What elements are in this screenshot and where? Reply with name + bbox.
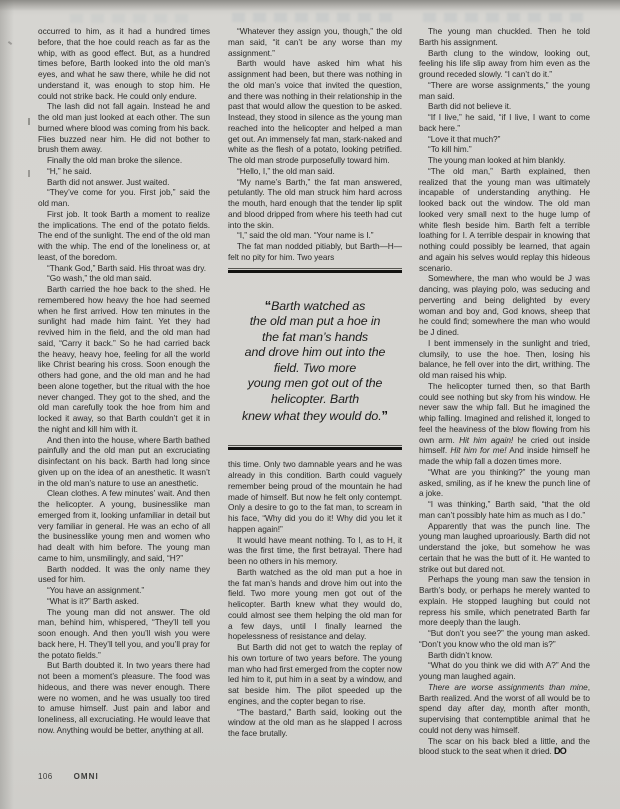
paragraph: Clean clothes. A few minutes’ wait. And … (38, 488, 210, 563)
text-run: Hit him for me! (450, 445, 506, 455)
text-run: First job. It took Barth a moment to rea… (38, 209, 210, 262)
text-run: “There are worse assignments,” the young… (419, 80, 590, 101)
paragraph: Barth did not believe it. (419, 101, 590, 112)
text-run: Perhaps the young man saw the tension in… (419, 574, 590, 627)
text-run: Barth did not answer. Just waited. (47, 177, 169, 187)
paper-speck (28, 170, 30, 177)
paragraph: Barth nodded. It was the only name they … (38, 564, 210, 586)
column-2-upper-text: “Whatever they assign you, though,” the … (228, 26, 402, 263)
text-run: “I was thinking,” Barth said, “that the … (419, 499, 590, 520)
pull-quote-line: “Barth watched as (231, 298, 399, 315)
paragraph: “What do you think we did with A?” And t… (419, 660, 590, 682)
pull-quote-line: helicopter. Barth (231, 392, 399, 408)
paragraph: First job. It took Barth a moment to rea… (38, 209, 210, 263)
paragraph: “Thank God,” Barth said. His throat was … (38, 263, 210, 274)
magazine-page: occurred to him, as it had a hundred tim… (0, 0, 620, 809)
text-run: “Hello, I,” the old man said. (237, 166, 335, 176)
pull-quote-line: knew what they would do.” (231, 408, 399, 425)
text-run: “I,” said the old man. “Your name is I.” (237, 230, 374, 240)
paragraph: Perhaps the young man saw the tension in… (419, 574, 590, 628)
paragraph: “To kill him.” (419, 144, 590, 155)
paragraph: “But don’t you see?” the young man asked… (419, 628, 590, 650)
paragraph: The helicopter turned then, so that Bart… (419, 381, 590, 467)
paragraph: “What is it?” Barth asked. (38, 596, 210, 607)
pull-quote-line: and drove him out into the (231, 345, 399, 361)
paragraph: The fat man nodded pitiably, but Barth—H… (228, 241, 402, 263)
paragraph: “I,” said the old man. “Your name is I.” (228, 230, 402, 241)
pull-quote-line: field. Two more (231, 361, 399, 377)
paragraph: Barth watched as the old man put a hoe i… (228, 567, 402, 642)
text-run: Barth would have asked him what his assi… (228, 58, 402, 165)
pull-quote-line: the old man put a hoe in (231, 314, 399, 330)
text-run: Hit him again! (459, 435, 513, 445)
pull-quote-line: young men got out of the (231, 376, 399, 392)
paragraph: Barth would have asked him what his assi… (228, 58, 402, 166)
text-run: “Thank God,” Barth said. His throat was … (47, 263, 206, 273)
paragraph: It would have meant nothing. To I, as to… (228, 535, 402, 567)
paragraph: Barth clung to the window, looking out, … (419, 48, 590, 80)
text-run: Barth didn’t know. (428, 650, 493, 660)
text-run: “If I live,” he said, “if I live, I want… (419, 112, 590, 133)
paragraph: Apparently that was the punch line. The … (419, 521, 590, 575)
paragraph: “Go wash,” the old man said. (38, 273, 210, 284)
paragraph: Finally the old man broke the silence. (38, 155, 210, 166)
text-run: Barth did not believe it. (428, 101, 511, 111)
paragraph: “You have an assignment.” (38, 585, 210, 596)
text-run: “What do you think we did with A?” And t… (419, 660, 590, 681)
text-run: occurred to him, as it had a hundred tim… (38, 26, 210, 101)
paragraph: Barth carried the hoe back to the shed. … (38, 284, 210, 435)
paragraph: “Love it that much?” (419, 134, 590, 145)
text-run: this time. Only two damnable years and h… (228, 459, 402, 534)
pull-quote-line: the fat man’s hands (231, 330, 399, 346)
paragraph: I bent immensely in the sunlight and tri… (419, 338, 590, 381)
text-run: The young man looked at him blankly. (428, 155, 565, 165)
text-column-1: occurred to him, as it had a hundred tim… (38, 26, 210, 736)
paragraph: The scar on his back bled a little, and … (419, 736, 590, 758)
paragraph: “If I live,” he said, “if I live, I want… (419, 112, 590, 134)
text-run: Barth carried the hoe back to the shed. … (38, 284, 210, 434)
text-run: “Go wash,” the old man said. (47, 273, 152, 283)
text-run: It would have meant nothing. To I, as to… (228, 535, 402, 567)
text-run: The fat man nodded pitiably, but Barth—H… (228, 241, 402, 262)
paragraph: Somewhere, the man who would be J was da… (419, 273, 590, 338)
text-run: I bent immensely in the sunlight and tri… (419, 338, 590, 380)
text-run: “H,” he said. (47, 166, 92, 176)
text-run: Finally the old man broke the silence. (47, 155, 182, 165)
paragraph: occurred to him, as it had a hundred tim… (38, 26, 210, 101)
paragraph: The young man did not answer. The old ma… (38, 607, 210, 661)
paragraph: “The bastard,” Barth said, looking out t… (228, 707, 402, 739)
paragraph: Barth did not answer. Just waited. (38, 177, 210, 188)
paragraph: “There are worse assignments,” the young… (419, 80, 590, 102)
paragraph: The young man chuckled. Then he told Bar… (419, 26, 590, 48)
paragraph: The young man looked at him blankly. (419, 155, 590, 166)
text-run: But Barth did not get to watch the repla… (228, 642, 402, 706)
scan-edge-top (0, 0, 620, 11)
text-run: Barth clung to the window, looking out, … (419, 48, 590, 80)
open-quote-icon: “ (265, 298, 271, 313)
text-run: “Whatever they assign you, though,” the … (228, 26, 402, 58)
end-of-story-icon: DO (554, 746, 566, 756)
text-run: Clean clothes. A few minutes’ wait. And … (38, 488, 210, 563)
text-run: “But don’t you see?” the young man asked… (419, 628, 590, 649)
text-column-2: “Whatever they assign you, though,” the … (228, 26, 402, 739)
text-run: The young man chuckled. Then he told Bar… (419, 26, 590, 47)
text-run: Barth watched as the old man put a hoe i… (228, 567, 402, 642)
text-run: “To kill him.” (428, 144, 472, 154)
pull-quote: “Barth watched asthe old man put a hoe i… (231, 298, 399, 425)
paragraph: “I was thinking,” Barth said, “that the … (419, 499, 590, 521)
ink-bleed-ghost (70, 14, 190, 23)
text-run: “The bastard,” Barth said, looking out t… (228, 707, 402, 739)
close-quote-icon: ” (382, 408, 388, 423)
paragraph: And then into the house, where Barth bat… (38, 435, 210, 489)
text-run: But Barth doubted it. In two years there… (38, 660, 210, 735)
text-run: “The old man,” Barth explained, then rea… (419, 166, 590, 273)
paragraph: “They’ve come for you. First job,” said … (38, 187, 210, 209)
divider-rule-bottom (228, 445, 402, 450)
text-run: “What are you thinking?” the young man a… (419, 467, 590, 499)
page-footer: 106 OMNI (38, 772, 99, 781)
text-run: “My name’s Barth,” the fat man answered,… (228, 177, 402, 230)
magazine-name: OMNI (74, 772, 99, 781)
paragraph: “The old man,” Barth explained, then rea… (419, 166, 590, 274)
ink-bleed-ghost (232, 13, 400, 22)
ink-bleed-ghost (423, 13, 585, 22)
paragraph: “What are you thinking?” the young man a… (419, 467, 590, 499)
text-run: Apparently that was the punch line. The … (419, 521, 590, 574)
divider-rule-top (228, 268, 402, 273)
text-run: “They’ve come for you. First job,” said … (38, 187, 210, 208)
paragraph: this time. Only two damnable years and h… (228, 459, 402, 534)
paragraph: “H,” he said. (38, 166, 210, 177)
paragraph: The lash did not fall again. Instead he … (38, 101, 210, 155)
text-run: The lash did not fall again. Instead he … (38, 101, 210, 154)
paragraph: But Barth did not get to watch the repla… (228, 642, 402, 707)
text-run: The young man did not answer. The old ma… (38, 607, 210, 660)
text-column-3: The young man chuckled. Then he told Bar… (419, 26, 590, 757)
text-run: Barth nodded. It was the only name they … (38, 564, 210, 585)
text-run: “What is it?” Barth asked. (47, 596, 139, 606)
paragraph: But Barth doubted it. In two years there… (38, 660, 210, 735)
column-2-lower-text: this time. Only two damnable years and h… (228, 459, 402, 739)
text-run: Somewhere, the man who would be J was da… (419, 273, 590, 337)
text-run: And then into the house, where Barth bat… (38, 435, 210, 488)
paragraph: Barth didn’t know. (419, 650, 590, 661)
text-run: There are worse assignments than mine (428, 682, 588, 692)
scan-edge-left (0, 0, 14, 809)
paper-speck (28, 118, 30, 125)
text-run: “You have an assignment.” (47, 585, 144, 595)
paragraph: There are worse assignments than mine, B… (419, 682, 590, 736)
paragraph: “Whatever they assign you, though,” the … (228, 26, 402, 58)
page-number: 106 (38, 772, 53, 781)
paragraph: “Hello, I,” the old man said. (228, 166, 402, 177)
paragraph: “My name’s Barth,” the fat man answered,… (228, 177, 402, 231)
text-run: “Love it that much?” (428, 134, 500, 144)
